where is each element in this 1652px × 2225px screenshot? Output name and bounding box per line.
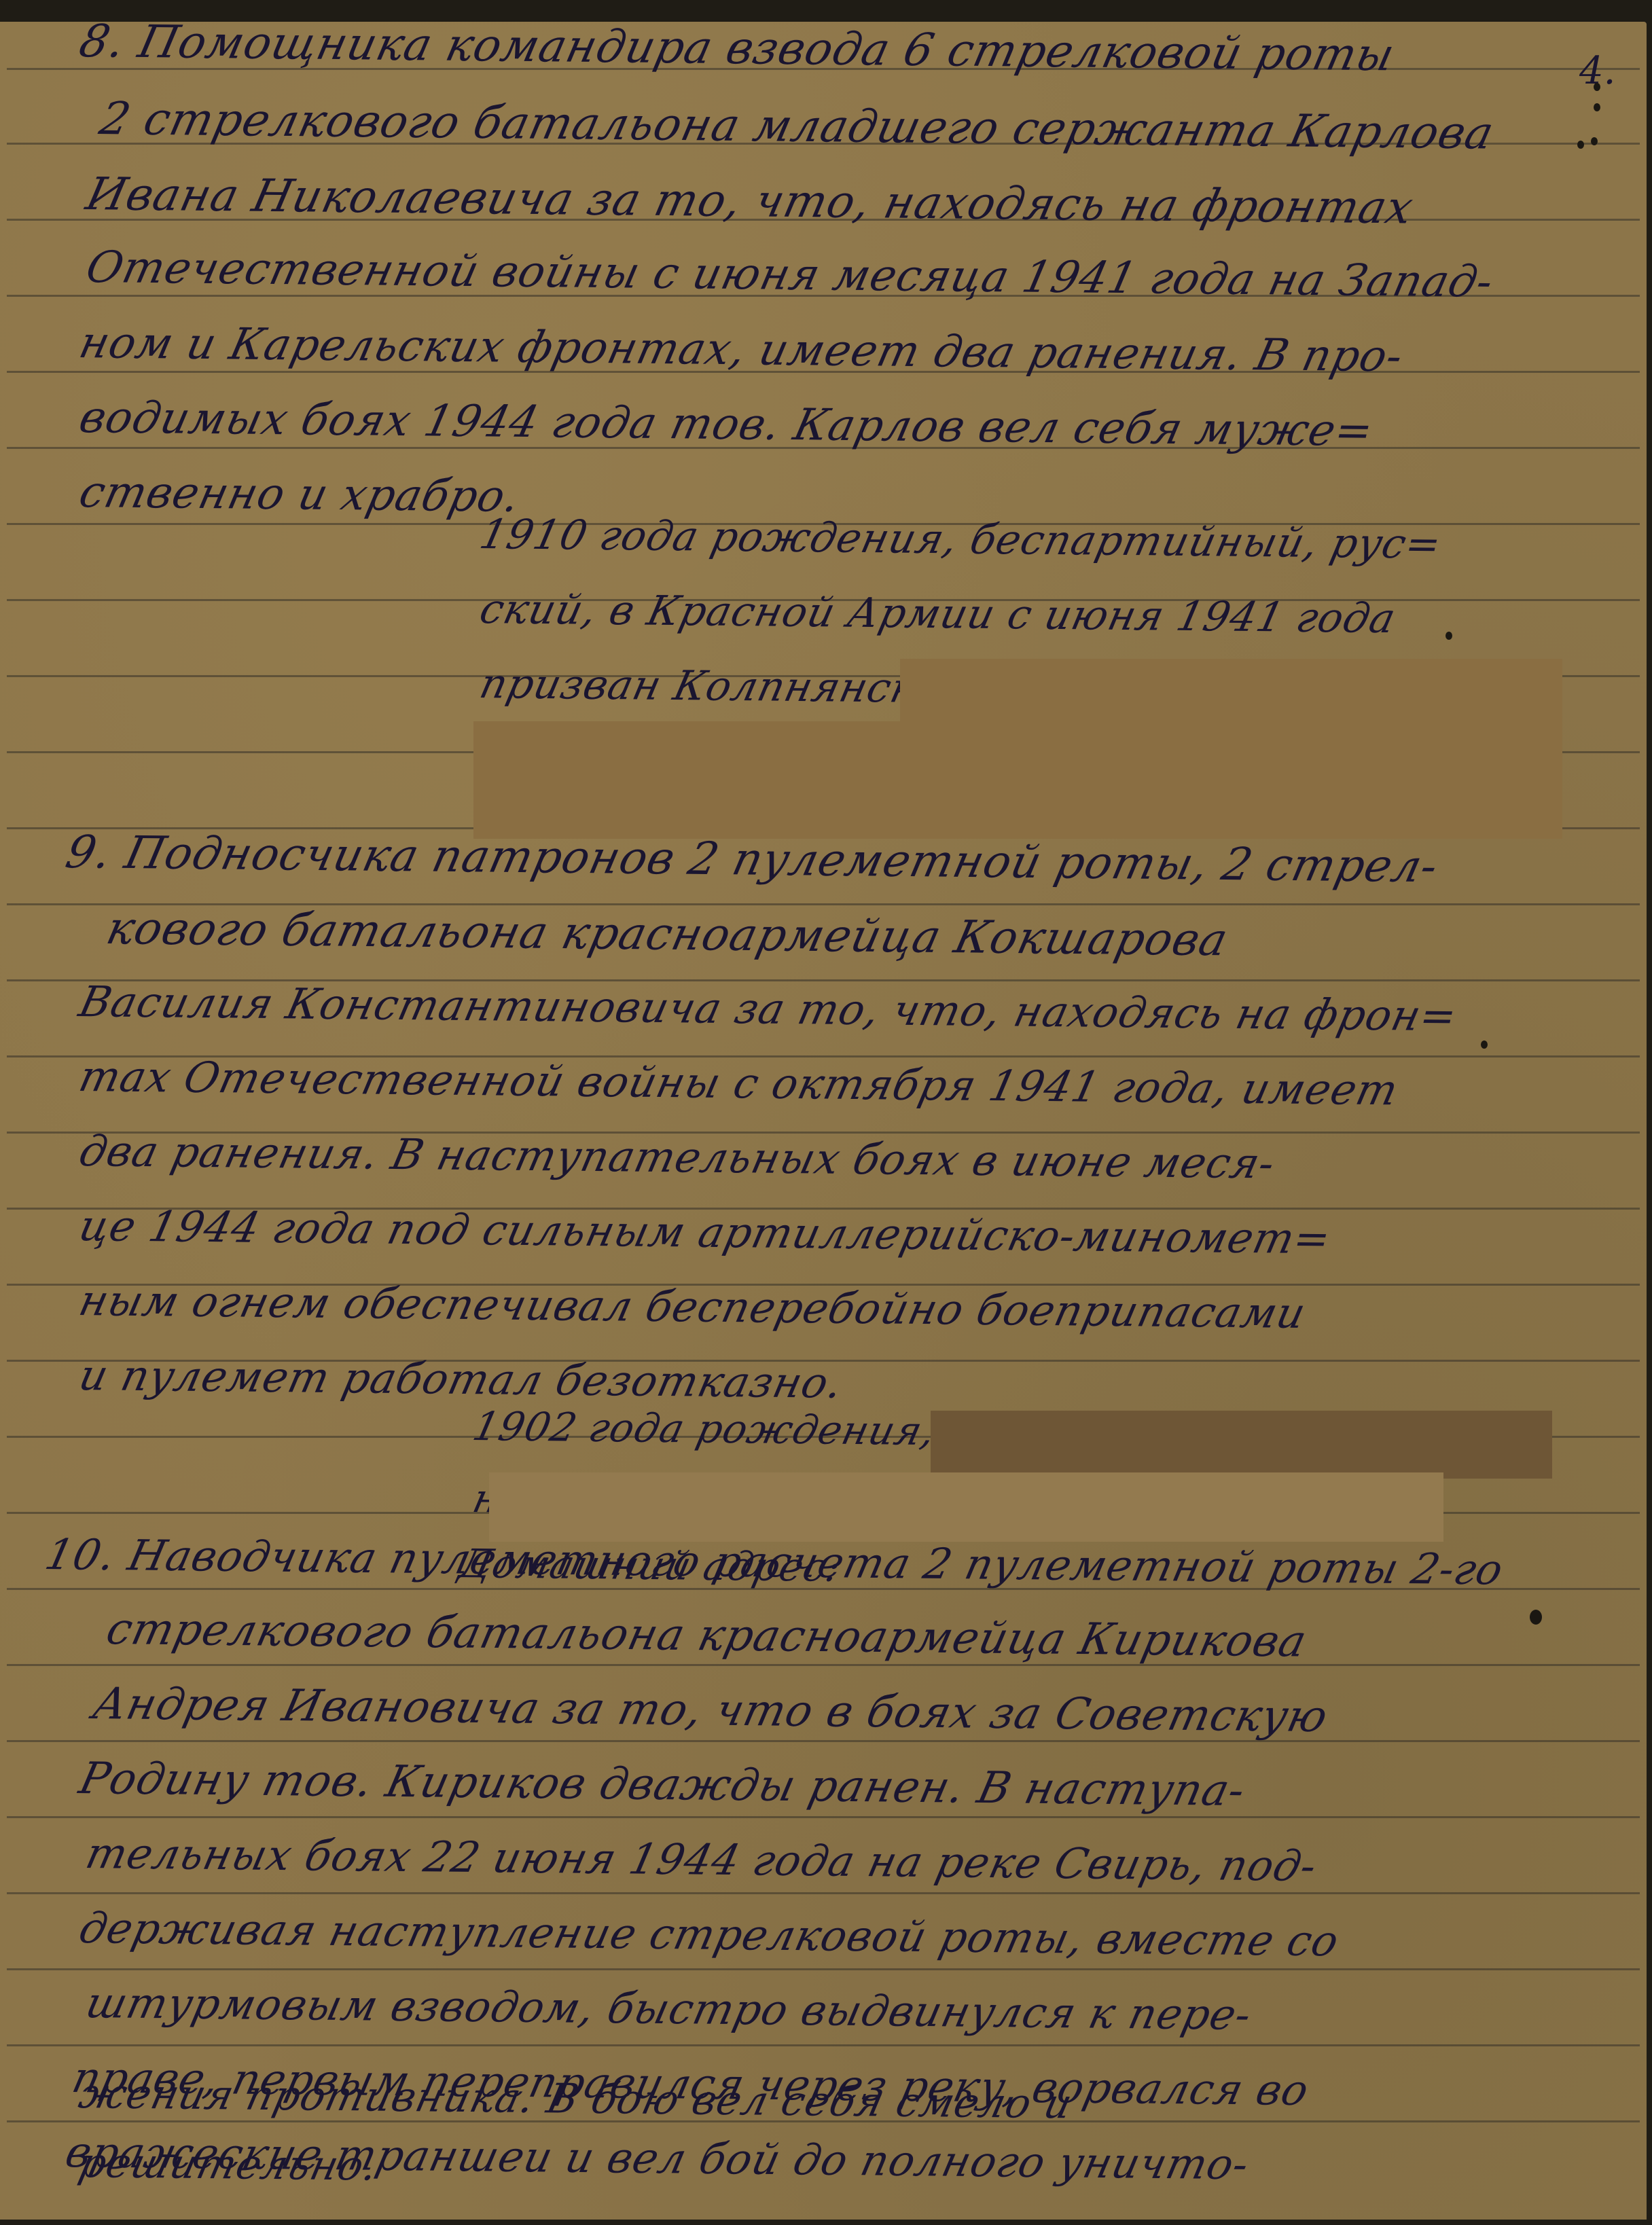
- entry-text-line: 8. Помощника командира взвода 6 стрелков…: [75, 15, 1400, 81]
- entry-text-line: Ивана Николаевича за то, что, находясь н…: [82, 168, 1418, 234]
- entry-text-line: Отечественной войны с июня месяца 1941 г…: [82, 242, 1498, 308]
- entry-text-line: штурмовым взводом, быстро выдвинулся к п…: [82, 1978, 1257, 2040]
- entry-text-line: решительно.: [75, 2139, 382, 2190]
- redaction-box: [931, 1411, 1552, 1479]
- rule-line: [7, 1740, 1640, 1742]
- bio-text-line: ский, в Красной Армии с июня 1941 года: [475, 585, 1400, 643]
- entry-text-line: 2 стрелкового батальона младшего сержант…: [95, 92, 1499, 160]
- punch-hole: [1530, 1610, 1542, 1625]
- redaction-box: [900, 659, 1562, 724]
- punch-hole: [1481, 1041, 1488, 1049]
- entry-text-line: стрелкового батальона красноармейца Кири…: [102, 1604, 1312, 1667]
- rule-line: [7, 1816, 1640, 1818]
- punch-hole: [1591, 137, 1598, 145]
- entry-text-line: Родину тов. Кириков дважды ранен. В наст…: [75, 1754, 1250, 1816]
- rule-line: [7, 1664, 1640, 1666]
- entry-text-line: ственно и храбро.: [75, 467, 525, 522]
- entry-text-line: Андрея Ивановича за то, что в боях за Со…: [88, 1679, 1333, 1742]
- entry-text-line: и пулемет работал безотказно.: [75, 1350, 848, 1408]
- entry-text-line: держивая наступление стрелковой роты, вм…: [75, 1903, 1344, 1966]
- bio-text-line: 1910 года рождения, беспартийный, рус=: [475, 511, 1446, 568]
- punch-hole: [1577, 141, 1584, 149]
- entry-text-line: кового батальона красноармейца Кокшарова: [102, 902, 1233, 966]
- punch-hole: [1594, 83, 1600, 91]
- rule-line: [7, 2044, 1640, 2046]
- redaction-box: [473, 721, 1562, 839]
- punch-hole: [1445, 632, 1452, 640]
- entry-text-line: Василия Константиновича за то, что, нахо…: [75, 977, 1462, 1041]
- entry-text-line: це 1944 года под сильным артиллерийско-м…: [75, 1201, 1335, 1263]
- document-page: 4. 8. Помощника командира взвода 6 стрел…: [0, 22, 1647, 2220]
- entry-text-line: тельных боях 22 июня 1944 года на реке С…: [82, 1828, 1322, 1891]
- redaction-box: [489, 1472, 1443, 1542]
- entry-text-line: тах Отечественной войны с октября 1941 г…: [75, 1051, 1403, 1115]
- rule-line: [7, 1968, 1640, 1970]
- punch-hole: [1594, 103, 1600, 111]
- entry-text-line: два ранения. В наступательных боях в июн…: [75, 1126, 1280, 1188]
- rule-line: [7, 1892, 1640, 1894]
